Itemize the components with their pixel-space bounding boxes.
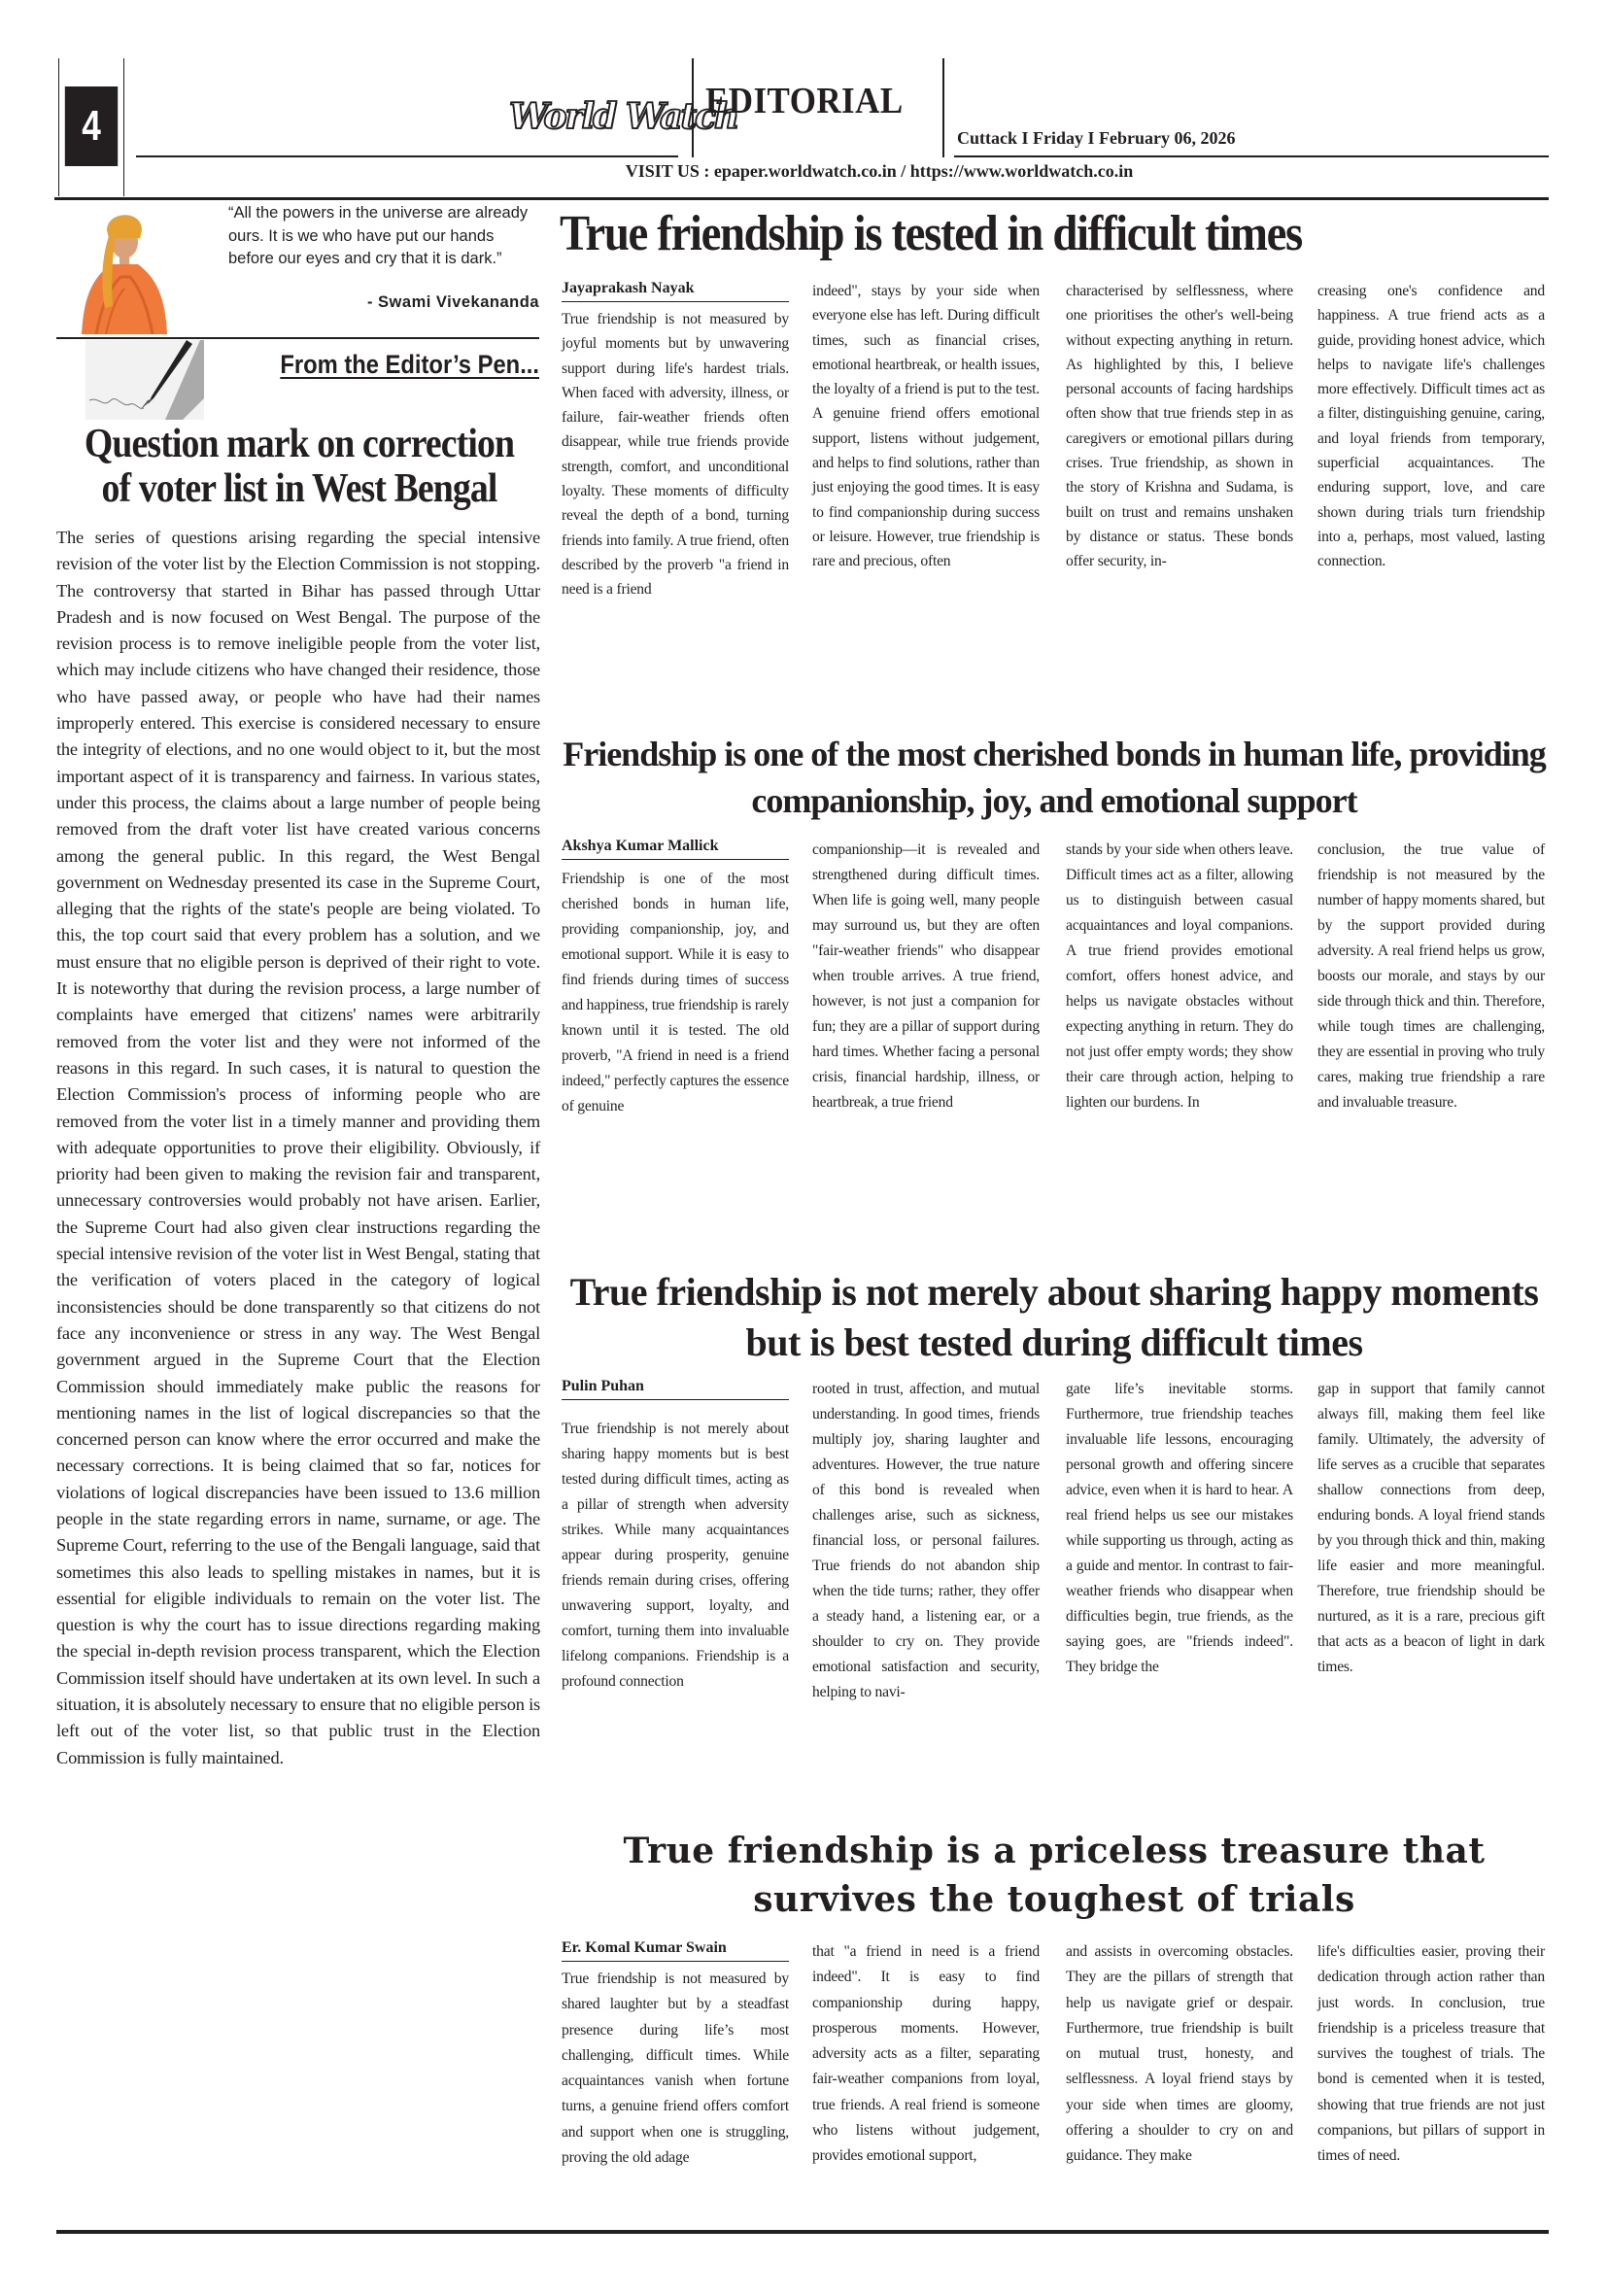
article-2-column-1: Friendship is one of the most cherished …: [562, 867, 789, 1119]
masthead-divider: [942, 58, 944, 157]
masthead-rule: [136, 155, 678, 157]
article-4-column-4: life's difficulties easier, proving thei…: [1317, 1939, 1545, 2170]
masthead-bottom-rule: [54, 197, 1549, 200]
article-3-headline: True friendship is not merely about shar…: [560, 1267, 1549, 1368]
article-1-byline: Jayaprakash Nayak: [562, 280, 789, 302]
article-3-column-3: gate life’s inevitable storms. Furthermo…: [1066, 1377, 1293, 1680]
masthead-divider: [692, 58, 694, 157]
vivekananda-portrait: [72, 201, 177, 334]
article-1-column-2: indeed", stays by your side when everyon…: [812, 279, 1040, 574]
article-2-byline: Akshya Kumar Mallick: [562, 838, 789, 860]
article-1-headline: True friendship is tested in difficult t…: [560, 206, 1450, 262]
article-3-byline: Pulin Puhan: [562, 1378, 789, 1400]
section-title: EDITORIAL: [705, 80, 904, 122]
page-number: 4: [65, 86, 118, 166]
fountain-pen-icon: [85, 340, 204, 420]
article-4-column-2: that "a friend in need is a friend indee…: [812, 1939, 1040, 2170]
article-2-headline: Friendship is one of the most cherished …: [560, 731, 1549, 824]
article-2-column-2: companionship—it is revealed and strengt…: [812, 838, 1040, 1115]
article-4-column-3: and assists in overcoming obstacles. The…: [1066, 1939, 1293, 2170]
article-4-byline: Er. Komal Kumar Swain: [562, 1939, 789, 1962]
article-4-headline: True friendship is a priceless treasure …: [560, 1827, 1549, 1924]
article-1-column-1: True friendship is not measured by joyfu…: [562, 307, 789, 735]
visit-us-link[interactable]: VISIT US : epaper.worldwatch.co.in / htt…: [486, 161, 1273, 182]
editors-pen-heading: From the Editor’s Pen...: [264, 350, 539, 380]
editorial-body: The series of questions arising regardin…: [56, 525, 540, 1771]
dateline: Cuttack I Friday I February 06, 2026: [957, 128, 1236, 149]
masthead-rule: [954, 155, 1549, 157]
article-1-column-3: characterised by selflessness, where one…: [1066, 279, 1293, 574]
article-2-column-3: stands by your side when others leave. D…: [1066, 838, 1293, 1115]
article-3-column-1: True friendship is not merely about shar…: [562, 1417, 789, 1695]
editorial-headline: Question mark on correction of voter lis…: [81, 422, 518, 511]
newspaper-logo: World Watch: [509, 80, 690, 154]
article-2-column-4: conclusion, the true value of friendship…: [1317, 838, 1545, 1115]
quote-divider: [56, 337, 539, 339]
article-3-column-4: gap in support that family cannot always…: [1317, 1377, 1545, 1680]
quote-text: “All the powers in the universe are alre…: [228, 202, 539, 271]
page-bottom-rule: [56, 2230, 1549, 2234]
article-3-column-2: rooted in trust, affection, and mutual u…: [812, 1377, 1040, 1705]
quote-author: - Swami Vivekananda: [228, 293, 539, 312]
article-4-column-1: True friendship is not measured by share…: [562, 1967, 789, 2171]
article-1-column-4: creasing one's confidence and happiness.…: [1317, 279, 1545, 574]
